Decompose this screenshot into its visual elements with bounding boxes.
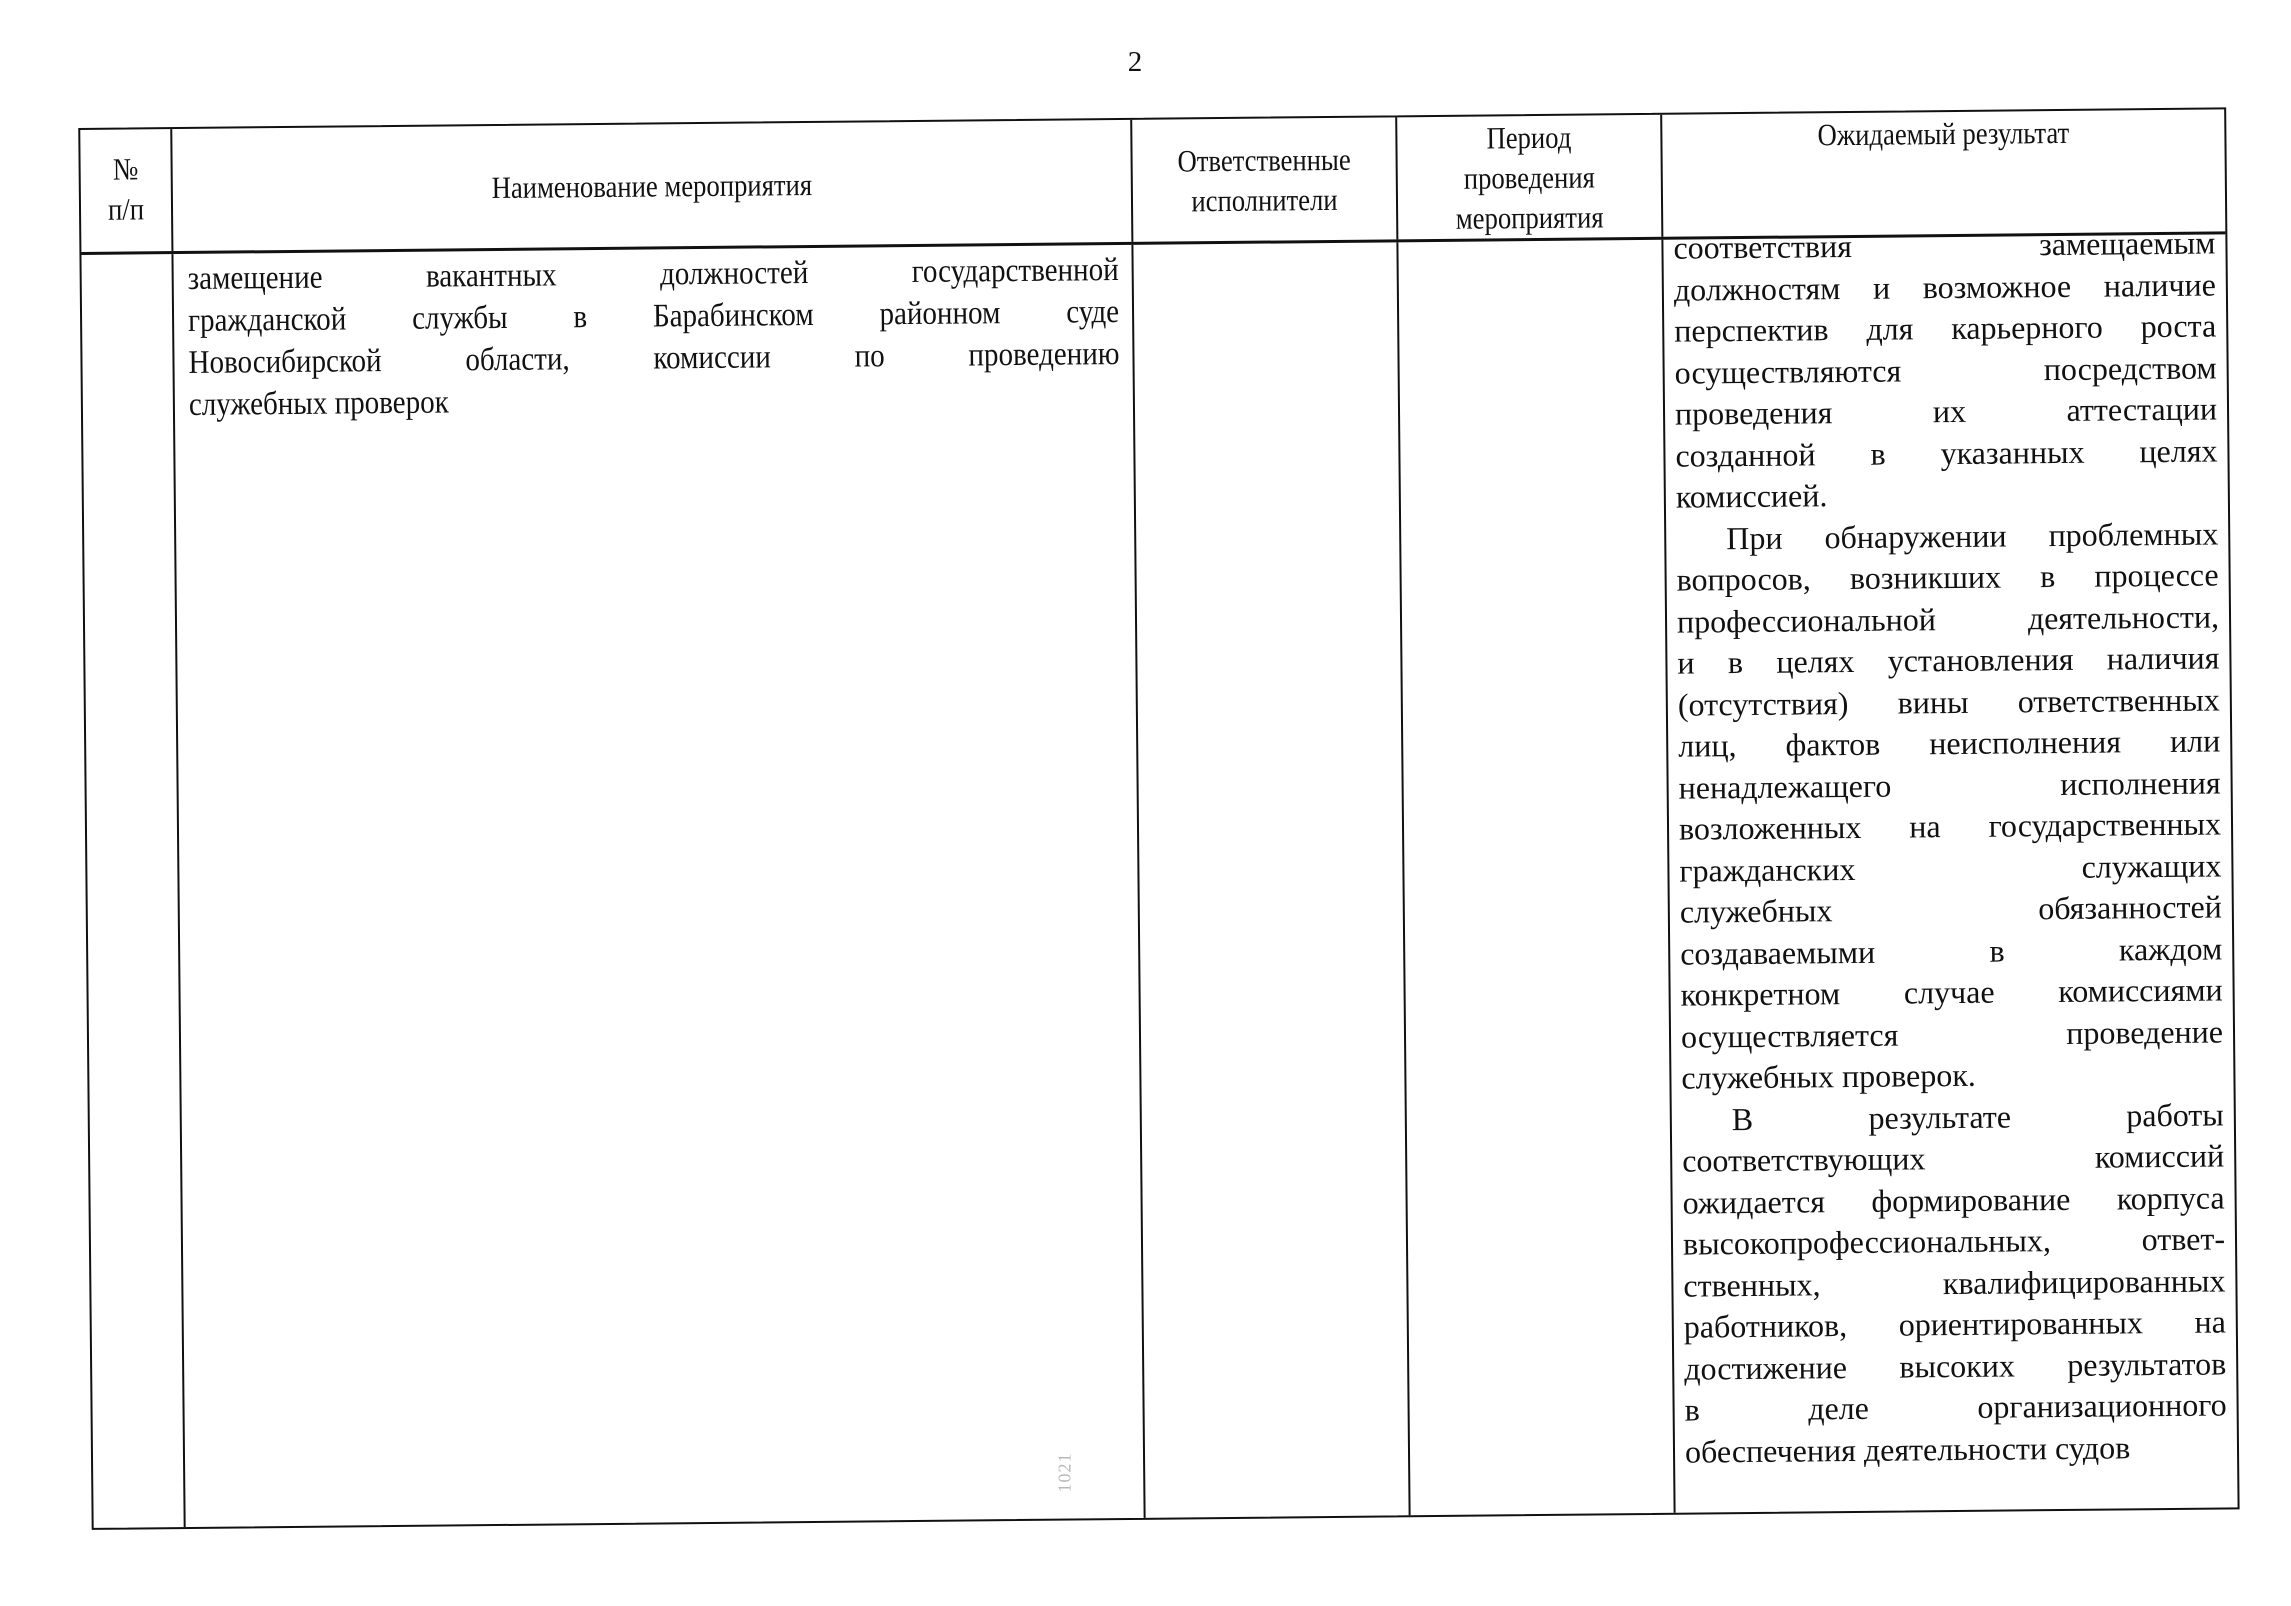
text-line: осуществляется проведение (1681, 1011, 2223, 1058)
text-line: проведения их аттестации (1675, 388, 2217, 435)
text-line: достижение высоких результатов (1684, 1343, 2226, 1390)
header-cell-number: № п/п (80, 129, 173, 252)
scan-watermark: 1021 (1055, 1453, 1076, 1493)
text-line: ственных, квалифицированных (1683, 1260, 2225, 1307)
text-line: ненадлежащего исполнения (1678, 762, 2220, 809)
text-line: служебных проверок. (1681, 1052, 2223, 1099)
activity-name-text: замещение вакантных должностей государст… (187, 249, 1120, 426)
header-executors-line: исполнители (1151, 180, 1378, 222)
text-line: ожидается формирование корпуса (1682, 1177, 2224, 1224)
header-number-line: п/п (87, 189, 165, 230)
text-line: перспектив для карьерного роста (1674, 305, 2216, 352)
header-period-line: мероприятия (1416, 197, 1643, 239)
text-line: служебных проверок (189, 375, 1120, 426)
text-line: конкретном случае комиссиями (1680, 969, 2222, 1016)
header-name-text: Наименование мероприятия (240, 163, 1064, 211)
page-number: 2 (1120, 48, 1150, 77)
text-line: (отсутствия) вины ответственных (1678, 679, 2220, 726)
cell-name: замещение вакантных должностей государст… (173, 245, 1145, 1527)
text-line: лиц, фактов неисполнения или (1678, 720, 2220, 767)
cell-number (81, 254, 185, 1528)
header-executors-text: Ответственные исполнители (1151, 140, 1378, 222)
header-cell-executors: Ответственные исполнители (1132, 117, 1398, 242)
text-line: Новосибирской области, комиссии по прове… (188, 333, 1119, 384)
text-line: работников, ориентированных на (1684, 1301, 2226, 1348)
text-line: вопросов, возникших в процессе (1676, 554, 2218, 601)
header-cell-result: Ожидаемый результат (1662, 109, 2225, 236)
text-line: гражданских служащих (1679, 845, 2221, 892)
text-line: комиссией. (1676, 471, 2218, 518)
table-row: замещение вакантных должностей государст… (81, 234, 2237, 1528)
text-line: В результате работы (1682, 1094, 2224, 1141)
text-line: При обнаружении проблемных (1676, 513, 2218, 560)
text-line: обеспечения деятельности судов (1685, 1426, 2227, 1473)
text-line: созданной в указанных целях (1675, 430, 2217, 477)
text-line: возложенных на государственных (1679, 803, 2221, 850)
text-line: создаваемыми в каждом (1680, 928, 2222, 975)
text-line: должностям и возможное наличие (1674, 264, 2216, 311)
header-cell-period: Период проведения мероприятия (1397, 115, 1663, 240)
header-number-line: № (87, 149, 165, 190)
header-result-line: Ожидаемый результат (1702, 112, 2186, 157)
text-line: служебных обязанностей (1680, 886, 2222, 933)
text-line: и в целях установления наличия (1677, 637, 2219, 684)
expected-result-text: соответствия замещаемымдолжностям и возм… (1673, 222, 2227, 1472)
header-period-line: Период (1416, 117, 1643, 159)
cell-executors (1133, 242, 1410, 1517)
header-name-line: Наименование мероприятия (240, 163, 1064, 211)
header-result-text: Ожидаемый результат (1702, 112, 2186, 157)
cell-result: соответствия замещаемымдолжностям и возм… (1663, 234, 2237, 1512)
header-cell-name: Наименование мероприятия (172, 120, 1133, 251)
text-line: высокопрофессиональных, ответ- (1683, 1218, 2225, 1265)
cell-period (1398, 240, 1675, 1515)
text-line: в деле организационного (1684, 1384, 2226, 1431)
text-line: профессиональной деятельности, (1677, 596, 2219, 643)
text-line: осуществляются посредством (1674, 347, 2216, 394)
header-period-line: проведения (1416, 157, 1643, 199)
text-line: соответствующих комиссий (1682, 1135, 2224, 1182)
text-line: соответствия замещаемым (1673, 222, 2215, 269)
header-period-text: Период проведения мероприятия (1416, 117, 1643, 239)
header-number-text: № п/п (87, 149, 165, 230)
activities-table: № п/п Наименование мероприятия Ответстве… (78, 107, 2239, 1530)
header-executors-line: Ответственные (1151, 140, 1378, 182)
